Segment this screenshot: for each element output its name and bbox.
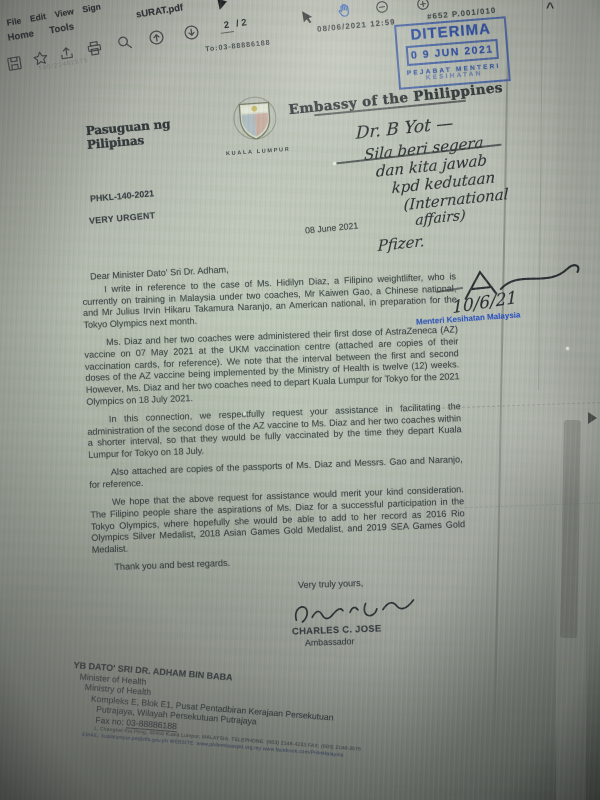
letter-body: I write in reference to the case of Ms. … <box>82 271 467 581</box>
document-tab[interactable]: sURAT.pdf <box>135 2 183 20</box>
zoom-out-icon[interactable] <box>374 0 390 15</box>
annotation-line: Pfizer. <box>377 223 512 255</box>
page-down-icon[interactable] <box>182 23 201 42</box>
received-stamp: DITERIMA 0 9 JUN 2021 PEJABAT MENTERI KE… <box>394 16 511 90</box>
handwritten-annotation: Dr. B Yot — Sila beri segera dan kita ja… <box>333 109 513 259</box>
menu-sign[interactable]: Sign <box>82 1 102 14</box>
ambassador-signature <box>285 591 427 632</box>
paragraph-2: Ms. Diaz and her two coaches were admini… <box>84 325 460 409</box>
paragraph-3: In this connection, we respectfully requ… <box>87 401 462 461</box>
letterhead-left-name: Pasuguan ng Pilipinas <box>85 112 227 152</box>
cursor-mark-icon <box>215 0 227 11</box>
scrollbar-track[interactable] <box>556 0 586 800</box>
collapse-icon[interactable]: ^ <box>546 0 554 15</box>
print-icon[interactable] <box>85 39 104 58</box>
screen-photo: FileEditViewSign sURAT.pdf HomeTools 2 <box>0 0 600 800</box>
pointer-icon[interactable] <box>299 8 316 25</box>
signer-title: Ambassador <box>305 636 355 648</box>
urgency-label: VERY URGENT <box>89 210 156 226</box>
page-number-input[interactable]: 2 <box>219 19 234 34</box>
search-icon[interactable] <box>115 33 134 52</box>
page-total: / 2 <box>235 17 247 29</box>
paragraph-1: I write in reference to the case of Ms. … <box>82 271 457 331</box>
recipient-block: YB DATO' SRI DR. ADHAM BIN BABA Minister… <box>68 660 366 760</box>
salutation: Dear Minister Dato' Sri Dr. Adham, <box>90 264 229 281</box>
tab-home[interactable]: Home <box>7 28 35 43</box>
zoom-in-icon[interactable] <box>415 0 431 12</box>
valediction: Very truly yours, <box>298 578 364 590</box>
page-indicator: 2/ 2 <box>219 17 247 34</box>
fax-crease-vertical <box>538 0 543 390</box>
scroll-arrow-icon[interactable] <box>588 412 597 424</box>
letter-reference-number: PHKL-140-2021 <box>90 188 155 204</box>
save-icon[interactable] <box>5 54 24 73</box>
page-up-icon[interactable] <box>147 28 166 47</box>
hand-icon[interactable] <box>335 1 354 20</box>
fax-datetime: 08/06/2021 12:59 <box>317 17 396 34</box>
fax-to-line: To:03-88886188 <box>205 38 271 54</box>
paragraph-5: We hope that the above request for assis… <box>90 484 466 556</box>
philippine-coat-of-arms-seal <box>230 91 280 146</box>
tab-tools[interactable]: Tools <box>49 21 75 36</box>
